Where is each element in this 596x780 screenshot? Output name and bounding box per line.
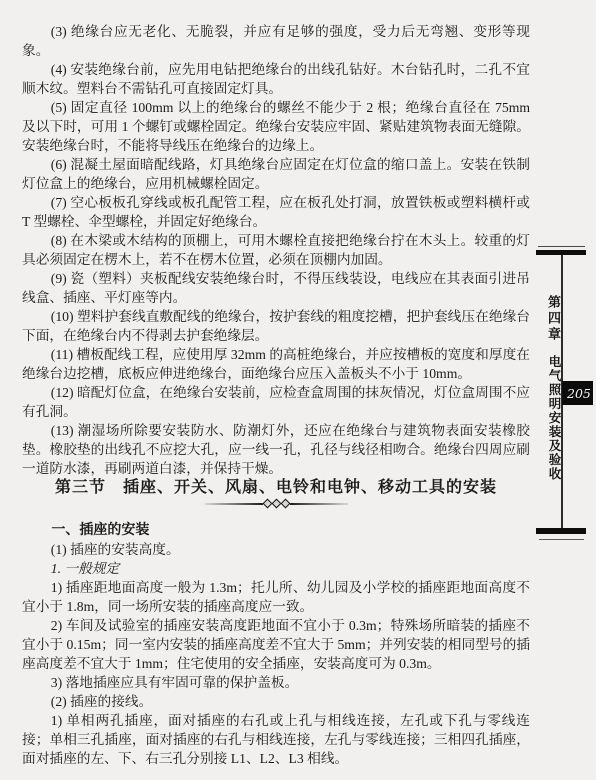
divider-diamond-icon (271, 499, 281, 509)
section-paragraph: 1. 一般规定 (22, 559, 530, 578)
divider-line-left (205, 503, 263, 505)
page-content: (3) 绝缘台应无老化、无脆裂，并应有足够的强度，受力后无弯翘、变形等现象。 (… (22, 22, 530, 768)
section-paragraph: (2) 插座的接线。 (22, 692, 530, 711)
divider-diamond-icon (262, 499, 272, 509)
body-paragraph: (8) 在木梁或木结构的顶棚上，可用木螺栓直接把绝缘台拧在木头上。较重的灯具必须… (22, 231, 530, 269)
body-paragraph: (7) 空心板板孔穿线或板孔配管工程，应在板孔处打洞，放置铁板或塑料横杆或 T … (22, 193, 530, 231)
divider-diamond-icon (280, 499, 290, 509)
section-divider (22, 499, 530, 508)
body-paragraph: (10) 塑料护套线直敷配线的绝缘台，按护套线的粗度挖槽，把护套线压在绝缘台下面… (22, 307, 530, 345)
section-paragraph: (1) 插座的安装高度。 (22, 540, 530, 559)
chapter-number-label: 第四章 (545, 295, 562, 343)
chapter-title-label: 电气照明安装及验收 (545, 355, 562, 481)
subsection-heading: 一、插座的安装 (22, 521, 530, 540)
chapter-tab-bar-bottom (536, 528, 586, 534)
body-paragraph: (6) 混凝土屋面暗配线路，灯具绝缘台应固定在灯位盒的缩口盖上。安装在铁制灯位盒… (22, 155, 530, 193)
section-title: 第三节 插座、开关、风扇、电铃和电钟、移动工具的安装 (22, 478, 530, 497)
section-paragraph: 1) 插座距地面高度一般为 1.3m；托儿所、幼儿园及小学校的插座距地面高度不宜… (22, 578, 530, 616)
body-paragraph: (9) 瓷（塑料）夹板配线安装绝缘台时，不得压线装设，电线应在其表面引进吊线盒、… (22, 269, 530, 307)
body-paragraph: (3) 绝缘台应无老化、无脆裂，并应有足够的强度，受力后无弯翘、变形等现象。 (22, 22, 530, 60)
chapter-tab-thin-rule-bottom (539, 539, 584, 540)
body-paragraph: (11) 槽板配线工程，应使用厚 32mm 的高桩绝缘台，并应按槽板的宽度和厚度… (22, 345, 530, 383)
body-paragraph: (13) 潮湿场所除要安装防水、防潮灯外，还应在绝缘台与建筑物表面安装橡胶垫。橡… (22, 421, 530, 478)
divider-line-right (290, 503, 348, 505)
chapter-tab-thin-rule-top (538, 246, 585, 247)
page-number-badge: 205 (562, 381, 593, 405)
section-paragraph: 3) 落地插座应具有牢固可靠的保护盖板。 (22, 673, 530, 692)
section-paragraph: 2) 车间及试验室的插座安装高度距地面不宜小于 0.3m；特殊场所暗装的插座不宜… (22, 616, 530, 673)
section-paragraph: 1) 单相两孔插座，面对插座的右孔或上孔与相线连接，左孔或下孔与零线连接；单相三… (22, 711, 530, 768)
body-paragraph: (5) 固定直径 100mm 以上的绝缘台的螺丝不能少于 2 根；绝缘台直径在 … (22, 98, 530, 155)
book-page: (3) 绝缘台应无老化、无脆裂，并应有足够的强度，受力后无弯翘、变形等现象。 (… (0, 0, 596, 780)
body-paragraph: (12) 暗配灯位盒，在绝缘台安装前，应检查盒周围的抹灰情况，灯位盒周围不应有孔… (22, 383, 530, 421)
body-paragraph: (4) 安装绝缘台前，应先用电钻把绝缘台的出线孔钻好。木台钻孔时，二孔不宜顺木纹… (22, 60, 530, 98)
